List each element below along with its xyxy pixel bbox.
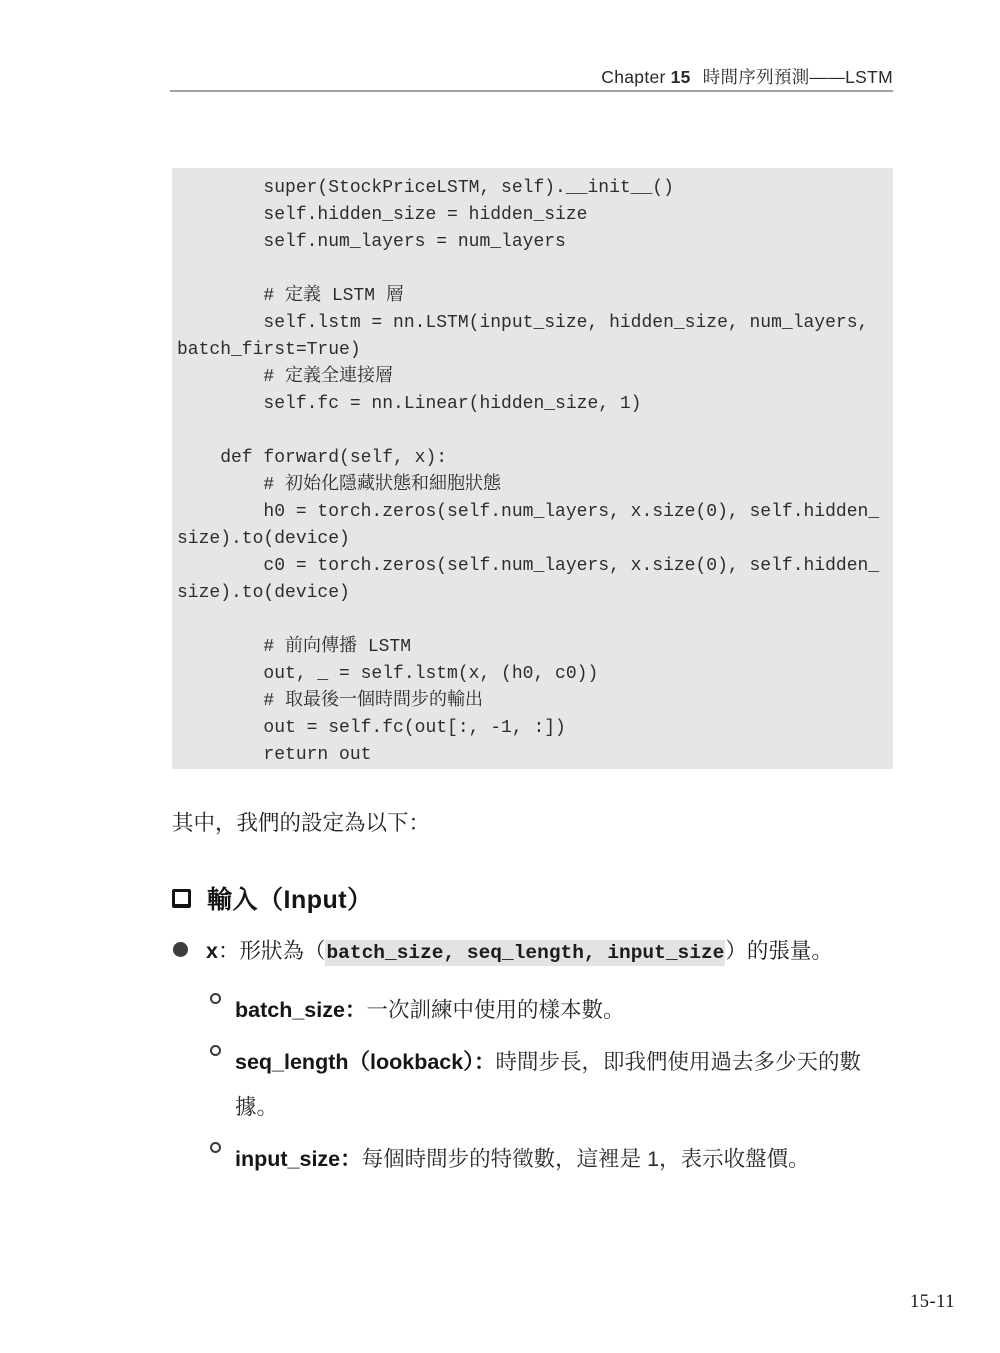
square-bullet-icon bbox=[172, 889, 191, 908]
sub-bullet-term: input_size： bbox=[235, 1147, 362, 1171]
book-page: Chapter15時間序列預測——LSTM super(StockPriceLS… bbox=[0, 0, 1000, 1353]
bullet-x-term: x bbox=[206, 939, 218, 963]
chapter-label: Chapter bbox=[601, 67, 665, 87]
sub-bullet-item-input-size: input_size：每個時間步的特徵數，這裡是 1，表示收盤價。 bbox=[235, 1137, 901, 1182]
running-header: Chapter15時間序列預測——LSTM bbox=[601, 64, 893, 89]
intro-paragraph: 其中，我們的設定為以下： bbox=[172, 806, 430, 837]
header-rule bbox=[170, 90, 893, 92]
sub-bullet-item-seq-length: seq_length（lookback）：時間步長，即我們使用過去多少天的數據。 bbox=[235, 1040, 901, 1130]
chapter-number: 15 bbox=[671, 67, 691, 87]
bullet-x-pre: ：形狀為（ bbox=[218, 939, 326, 963]
bullet-x-post: ）的張量。 bbox=[725, 939, 833, 963]
code-text: super(StockPriceLSTM, self).__init__() s… bbox=[177, 175, 889, 769]
code-block: super(StockPriceLSTM, self).__init__() s… bbox=[172, 168, 893, 769]
circle-bullet-icon bbox=[210, 1045, 221, 1056]
bullet-x-text: x：形狀為（batch_size, seq_length, input_size… bbox=[206, 938, 893, 965]
page-number: 15-11 bbox=[910, 1292, 955, 1313]
bullet-item-x: x：形狀為（batch_size, seq_length, input_size… bbox=[173, 938, 893, 965]
chapter-title: 時間序列預測——LSTM bbox=[703, 67, 893, 87]
section-heading: 輸入（Input） bbox=[172, 880, 373, 916]
sub-bullet-desc: 一次訓練中使用的樣本數。 bbox=[366, 998, 624, 1022]
filled-circle-bullet-icon bbox=[173, 942, 188, 957]
circle-bullet-icon bbox=[210, 1142, 221, 1153]
circle-bullet-icon bbox=[210, 993, 221, 1004]
inline-code: batch_size, seq_length, input_size bbox=[325, 940, 725, 966]
sub-bullet-item-batch-size: batch_size：一次訓練中使用的樣本數。 bbox=[235, 988, 901, 1033]
sub-bullet-term: batch_size： bbox=[235, 998, 366, 1022]
sub-bullet-term: seq_length（lookback）： bbox=[235, 1050, 495, 1074]
sub-bullet-desc: 每個時間步的特徵數，這裡是 1，表示收盤價。 bbox=[362, 1147, 810, 1171]
section-heading-label: 輸入（Input） bbox=[207, 880, 373, 916]
